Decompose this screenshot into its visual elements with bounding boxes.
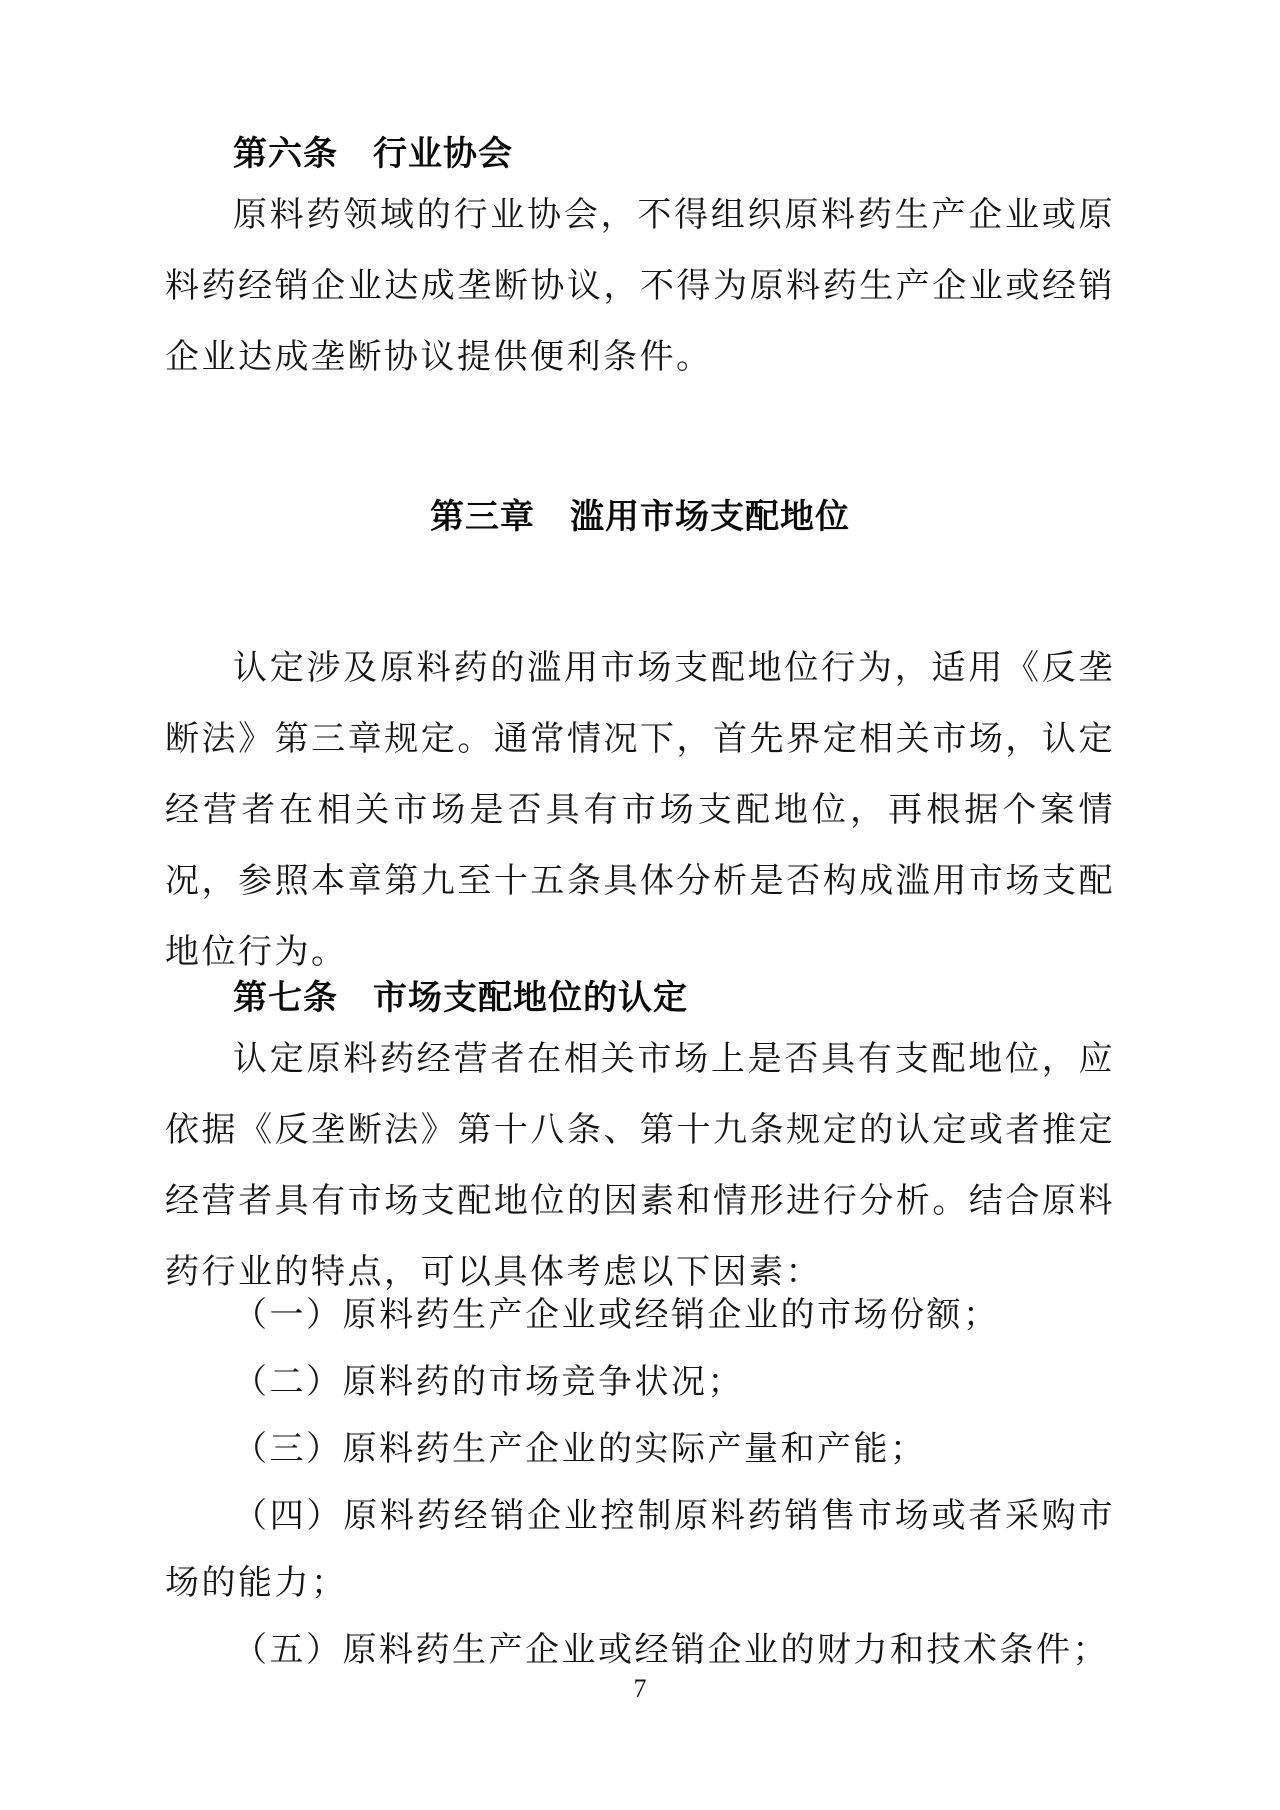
section-paragraph-3: 认定涉及原料药的滥用市场支配地位行为，适用《反垄断法》第三章规定。通常情况下，首… [165,633,1115,988]
section-list-item-6: （一）原料药生产企业或经销企业的市场份额； [165,1282,1115,1349]
section-heading-4: 第七条 市场支配地位的认定 [165,972,1115,1024]
document-content: 第六条 行业协会原料药领域的行业协会，不得组织原料药生产企业或原料药经销企业达成… [165,128,1115,1684]
section-list-item-9: （四）原料药经销企业控制原料药销售市场或者采购市场的能力； [165,1483,1115,1617]
section-paragraph-1: 原料药领域的行业协会，不得组织原料药生产企业或原料药经销企业达成垄断协议，不得为… [165,180,1115,393]
section-list-item-7: （二）原料药的市场竞争状况； [165,1349,1115,1416]
section-list-item-8: （三）原料药生产企业的实际产量和产能； [165,1416,1115,1483]
section-chapter-2: 第三章 滥用市场支配地位 [165,491,1115,543]
document-page: 第六条 行业协会原料药领域的行业协会，不得组织原料药生产企业或原料药经销企业达成… [0,0,1280,1810]
section-heading-0: 第六条 行业协会 [165,128,1115,180]
page-number: 7 [0,1672,1280,1706]
section-paragraph-5: 认定原料药经营者在相关市场上是否具有支配地位，应依据《反垄断法》第十八条、第十九… [165,1024,1115,1308]
